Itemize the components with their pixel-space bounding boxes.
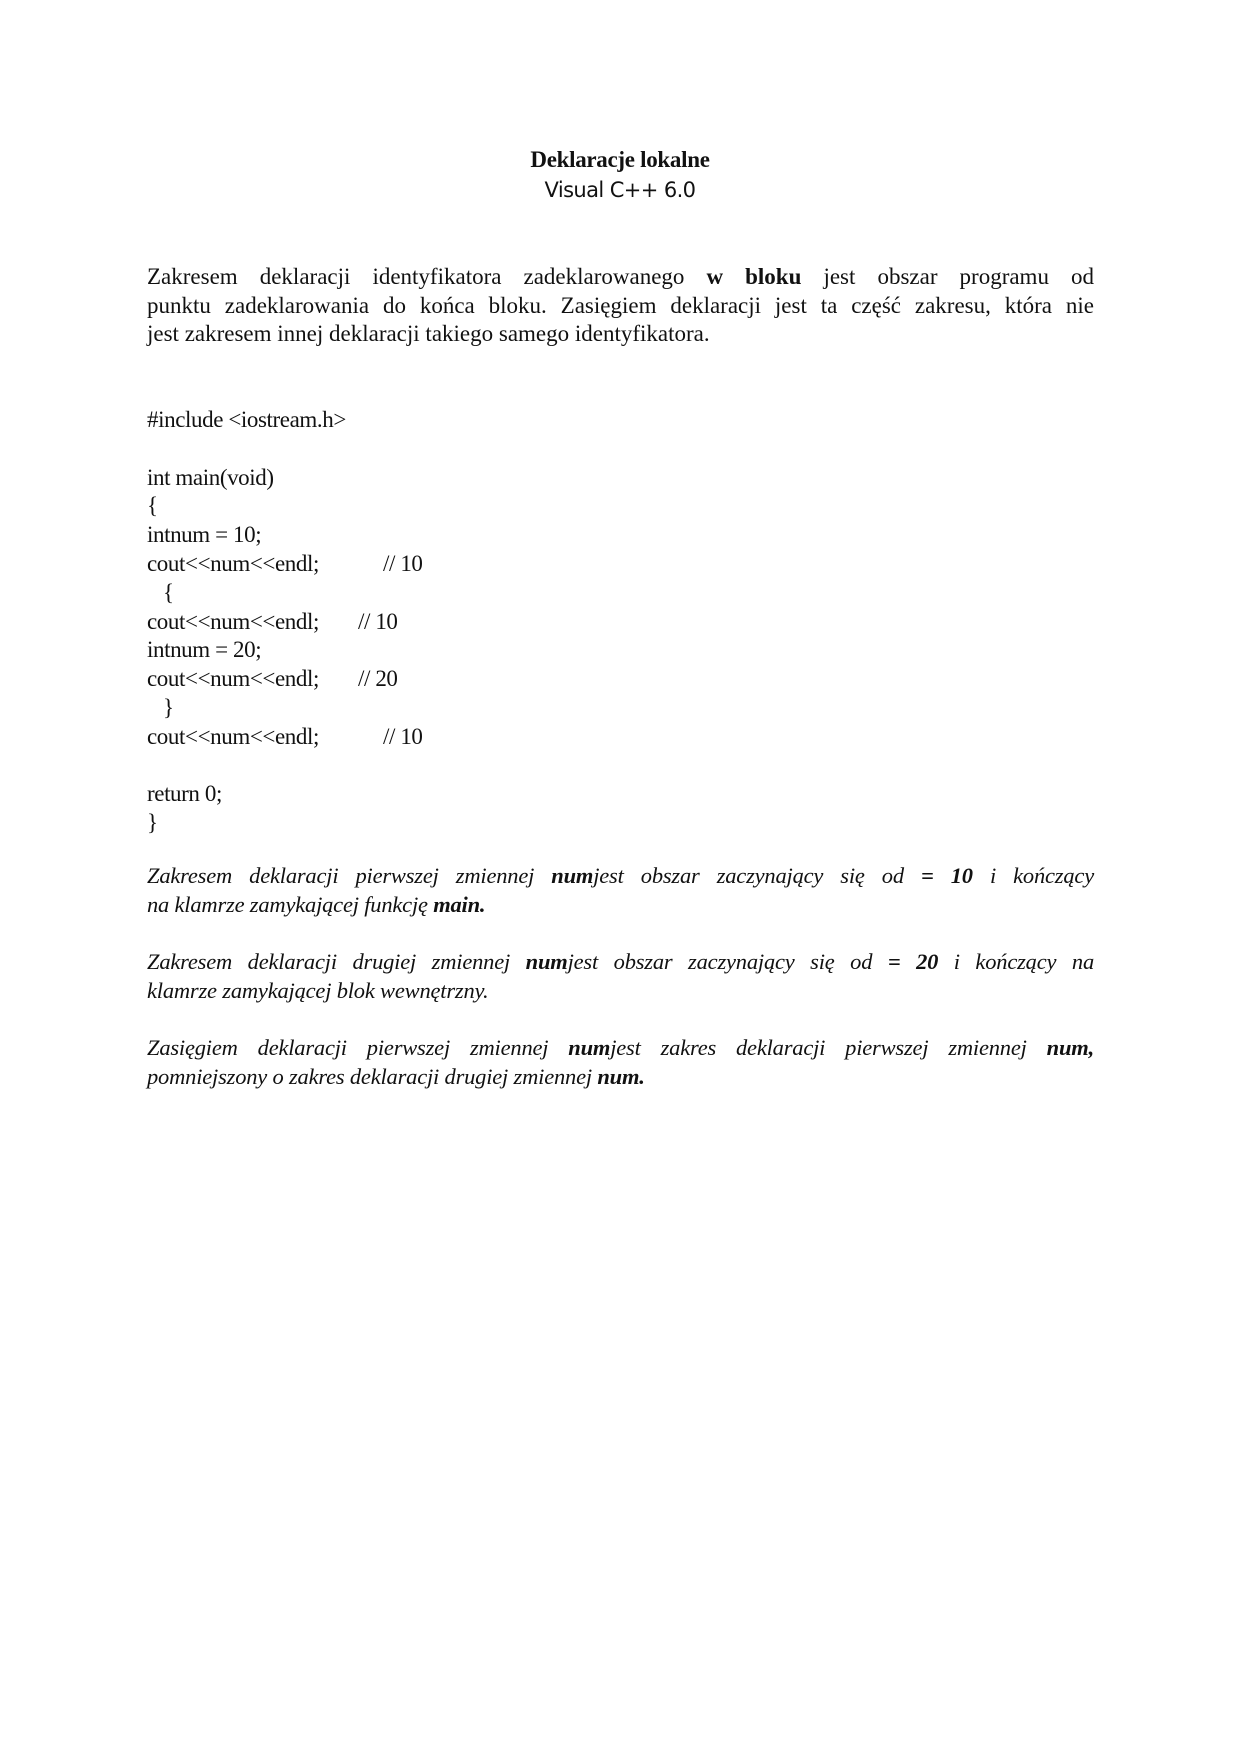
code-line: cout<<num<<endl;// 10 (147, 608, 346, 637)
note-line: na klamrze zamykającej funkcję main. (147, 891, 1094, 920)
code-comment: // 10 (383, 723, 423, 752)
note-line: pomniejszony o zakres deklaracji drugiej… (147, 1063, 1094, 1092)
code-text: return 0; (147, 781, 222, 806)
note-line: klamrze zamykającej blok wewnętrzny. (147, 977, 1094, 1006)
note-text: na klamrze zamykającej funkcję (147, 892, 433, 917)
code-text: } (147, 810, 158, 835)
code-line: { (147, 579, 346, 608)
code-line: cout<<num<<endl;// 20 (147, 665, 346, 694)
note-line: Zakresem deklaracji pierwszej zmiennej n… (147, 862, 1094, 891)
code-text: int main(void) (147, 465, 274, 490)
document-page: Deklaracje lokalne Visual C++ 6.0 Zakres… (0, 0, 1240, 1754)
code-comment: // 10 (383, 550, 423, 579)
intro-line-3: jest zakresem innej deklaracji takiego s… (147, 320, 1094, 349)
code-text: } (147, 695, 174, 720)
code-line: } (147, 809, 346, 838)
code-text: cout<<num<<endl; (147, 724, 319, 749)
note-line: Zasięgiem deklaracji pierwszej zmiennej … (147, 1034, 1094, 1063)
intro-line-2: punktu zadeklarowania do końca bloku. Za… (147, 292, 1094, 321)
code-line: } (147, 694, 346, 723)
document-subtitle: Visual C++ 6.0 (0, 176, 1240, 204)
code-text: intnum = 10; (147, 522, 261, 547)
note-keyword: = 20 (888, 949, 938, 974)
code-line: intnum = 20; (147, 636, 346, 665)
intro-text: Zakresem deklaracji identyfikatora zadek… (147, 264, 706, 289)
intro-emphasis: w bloku (706, 264, 801, 289)
note-keyword: main. (433, 892, 485, 917)
code-text: cout<<num<<endl; (147, 666, 319, 691)
note-keyword: num (568, 1035, 610, 1060)
code-line: intnum = 10; (147, 521, 346, 550)
note-keyword: num (526, 949, 568, 974)
intro-paragraph: Zakresem deklaracji identyfikatora zadek… (147, 263, 1094, 349)
note-keyword: num (551, 863, 593, 888)
note-text: Zakresem deklaracji pierwszej zmiennej (147, 863, 551, 888)
code-text: cout<<num<<endl; (147, 551, 319, 576)
code-text: { (147, 580, 174, 605)
code-line: #include <iostream.h> (147, 406, 346, 435)
note-text: Zakresem deklaracji drugiej zmiennej (147, 949, 526, 974)
code-line: cout<<num<<endl;// 10 (147, 723, 346, 752)
code-line: cout<<num<<endl;// 10 (147, 550, 346, 579)
code-text: intnum = 20; (147, 637, 261, 662)
code-text: #include <iostream.h> (147, 407, 346, 432)
intro-line-1: Zakresem deklaracji identyfikatora zadek… (147, 263, 1094, 292)
note-text: jest zakres deklaracji pierwszej zmienne… (610, 1035, 1046, 1060)
note-text: pomniejszony o zakres deklaracji drugiej… (147, 1064, 597, 1089)
note-paragraph-3: Zasięgiem deklaracji pierwszej zmiennej … (147, 1034, 1094, 1091)
note-paragraph-2: Zakresem deklaracji drugiej zmiennej num… (147, 948, 1094, 1005)
note-text: jest obszar zaczynający się od (568, 949, 888, 974)
code-line (147, 752, 346, 781)
note-line: Zakresem deklaracji drugiej zmiennej num… (147, 948, 1094, 977)
note-keyword: num, (1047, 1035, 1094, 1060)
note-paragraph-1: Zakresem deklaracji pierwszej zmiennej n… (147, 862, 1094, 919)
code-listing: #include <iostream.h>int main(void){intn… (147, 406, 346, 838)
note-text: jest obszar zaczynający się od (593, 863, 921, 888)
note-text: i kończący (973, 863, 1094, 888)
note-keyword: = 10 (921, 863, 973, 888)
code-line: int main(void) (147, 464, 346, 493)
code-comment: // 10 (358, 608, 398, 637)
code-line (147, 435, 346, 464)
note-text: i kończący na (938, 949, 1094, 974)
code-text: cout<<num<<endl; (147, 609, 319, 634)
code-text: { (147, 493, 158, 518)
note-keyword: num. (597, 1064, 644, 1089)
note-text: Zasięgiem deklaracji pierwszej zmiennej (147, 1035, 568, 1060)
code-comment: // 20 (358, 665, 398, 694)
code-line: return 0; (147, 780, 346, 809)
document-title: Deklaracje lokalne (0, 146, 1240, 174)
intro-text: jest obszar programu od (801, 264, 1094, 289)
code-line: { (147, 492, 346, 521)
